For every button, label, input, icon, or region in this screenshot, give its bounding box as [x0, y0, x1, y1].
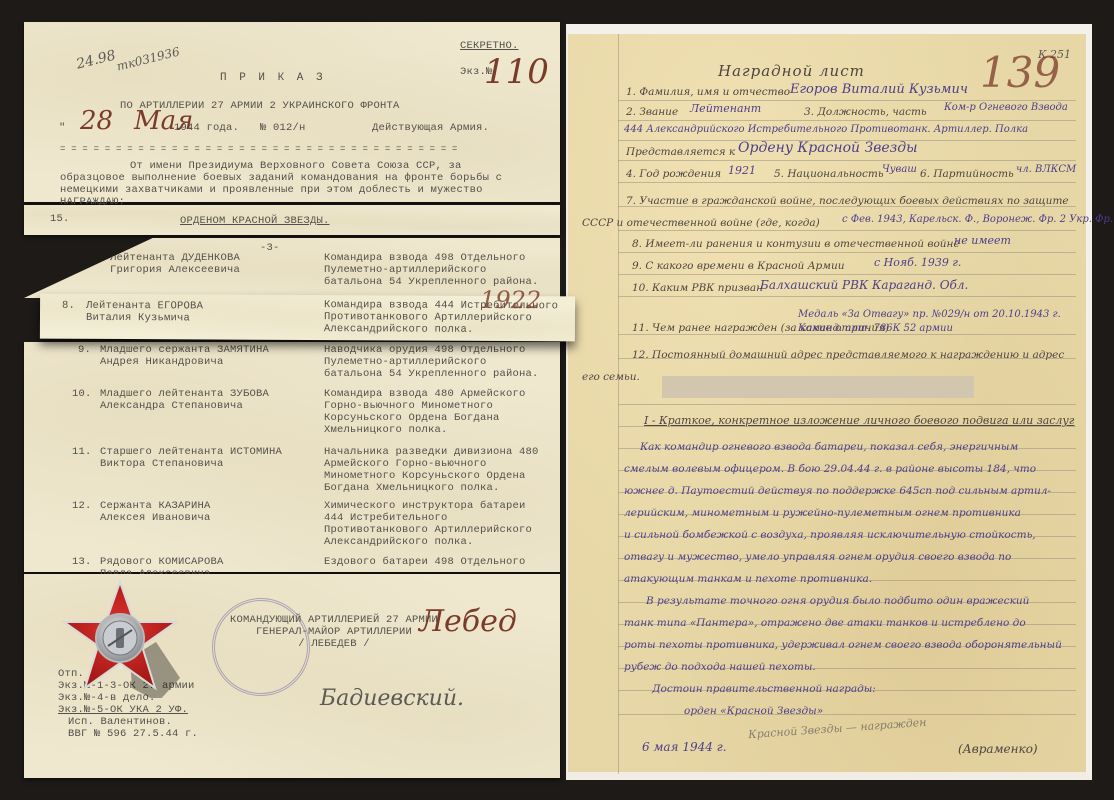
classification: СЕКРЕТНО.: [460, 40, 519, 52]
field-value-since: с Нояб. 1939 г.: [874, 256, 961, 269]
field-value-birth-year: 1921: [728, 164, 756, 177]
order-number: № 012/н: [260, 122, 306, 134]
entry-handwritten-note: 1922: [480, 286, 541, 314]
field-value-nationality: Чуваш: [882, 164, 917, 175]
narrative-body: Как командир огневого взвода батареи, по…: [624, 436, 1084, 722]
entry-name: Лейтенанта ЕГОРОВА Виталия Кузьмича: [86, 300, 203, 325]
margin-note-2: тк031936: [115, 44, 181, 73]
field-value-service: с Фев. 1943, Карельск. Ф., Воронеж. Фр. …: [842, 214, 1113, 225]
order-signature-strip: КОМАНДУЮЩИЙ АРТИЛЛЕРИЕЙ 27 АРМИИ ГЕНЕРАЛ…: [24, 574, 560, 778]
entry-list-strip: 9. Младшего сержанта ЗАМЯТИНА Андрея Ник…: [24, 342, 560, 572]
copy-number: 110: [484, 52, 549, 92]
field-label: 2. Звание: [626, 106, 678, 118]
separator: = = = = = = = = = = = = = = = = = = = = …: [60, 144, 458, 154]
field-value-position: Ком-р Огневого Взвода: [944, 102, 1068, 113]
order-title: П Р И К А З: [220, 72, 326, 84]
field-value-unit: 444 Александрийского Истребительного Про…: [624, 124, 1028, 135]
award-heading: ОРДЕНОМ КРАСНОЙ ЗВЕЗДЫ.: [180, 215, 330, 227]
field-label: 10. Каким РВК призван: [632, 282, 763, 294]
field-label: 7. Участие в гражданской войне, последую…: [582, 190, 1082, 234]
order-date-day: 28: [80, 106, 113, 136]
section-number: 15.: [50, 213, 70, 225]
field-label: 4. Год рождения: [626, 168, 721, 180]
order-header-strip: 24.98 тк031936 СЕКРЕТНО. Экз.№ 110 П Р И…: [24, 22, 560, 202]
field-value-draft-office: Балхашский РВК Караганд. Обл.: [760, 278, 968, 292]
red-star-medal-icon: ☭: [60, 578, 180, 698]
field-value-award: Ордену Красной Звезды: [738, 140, 918, 156]
page-marker: -3-: [260, 242, 280, 254]
field-value-party: чл. ВЛКСМ: [1016, 164, 1076, 175]
order-location: Действующая Армия.: [372, 122, 489, 134]
margin-note: 24.98: [75, 47, 118, 72]
entry-name: Лейтенанта ДУДЕНКОВА Григория Алексеевич…: [110, 252, 240, 276]
narrative-heading: I - Краткое, конкретное изложение личног…: [644, 414, 1074, 427]
field-label: Представляется к: [626, 146, 735, 158]
order-date-year: 1944 года.: [174, 122, 239, 134]
field-value-prior-awards: Медаль «За Отвагу» пр. №029/н от 20.10.1…: [798, 308, 1078, 336]
field-label: 1. Фамилия, имя и отчество: [626, 86, 790, 98]
field-value-rank: Лейтенант: [690, 102, 761, 115]
field-label: 5. Национальность: [774, 168, 884, 180]
field-value-wounds: не имеет: [954, 234, 1011, 247]
field-label: 3. Должность, часть: [804, 106, 927, 118]
commander-signature: Лебед: [419, 604, 517, 639]
order-preamble: От имени Президиума Верховного Совета Со…: [60, 160, 530, 208]
footer-signature: (Авраменко): [958, 742, 1038, 756]
field-label: 9. С какого времени в Красной Армии: [632, 260, 844, 272]
entry-strip-egorov-highlighted: 8. Лейтенанта ЕГОРОВА Виталия Кузьмича К…: [40, 294, 575, 342]
handwritten-signature: Бадиевский.: [320, 686, 464, 711]
big-number: 139: [980, 48, 1060, 97]
redacted-address: [662, 376, 974, 398]
svg-text:☭: ☭: [116, 663, 123, 672]
field-label: 8. Имеет-ли ранения и контузии в отечест…: [632, 238, 960, 250]
field-value-name: Егоров Виталий Кузьмич: [790, 82, 968, 97]
entry-position: Командира взвода 498 Отдельного Пулеметн…: [324, 252, 549, 288]
footer-date: 6 мая 1944 г.: [642, 740, 727, 754]
sheet-title: Наградной лист: [718, 62, 865, 80]
entry-number: 8.: [62, 300, 75, 312]
signature-block: КОМАНДУЮЩИЙ АРТИЛЛЕРИЕЙ 27 АРМИИ ГЕНЕРАЛ…: [224, 614, 444, 650]
award-sheet: Наградной лист К 251 139 1. Фамилия, имя…: [566, 24, 1092, 780]
award-heading-strip: 15. ОРДЕНОМ КРАСНОЙ ЗВЕЗДЫ.: [24, 205, 560, 235]
field-label: 6. Партийность: [920, 168, 1014, 180]
